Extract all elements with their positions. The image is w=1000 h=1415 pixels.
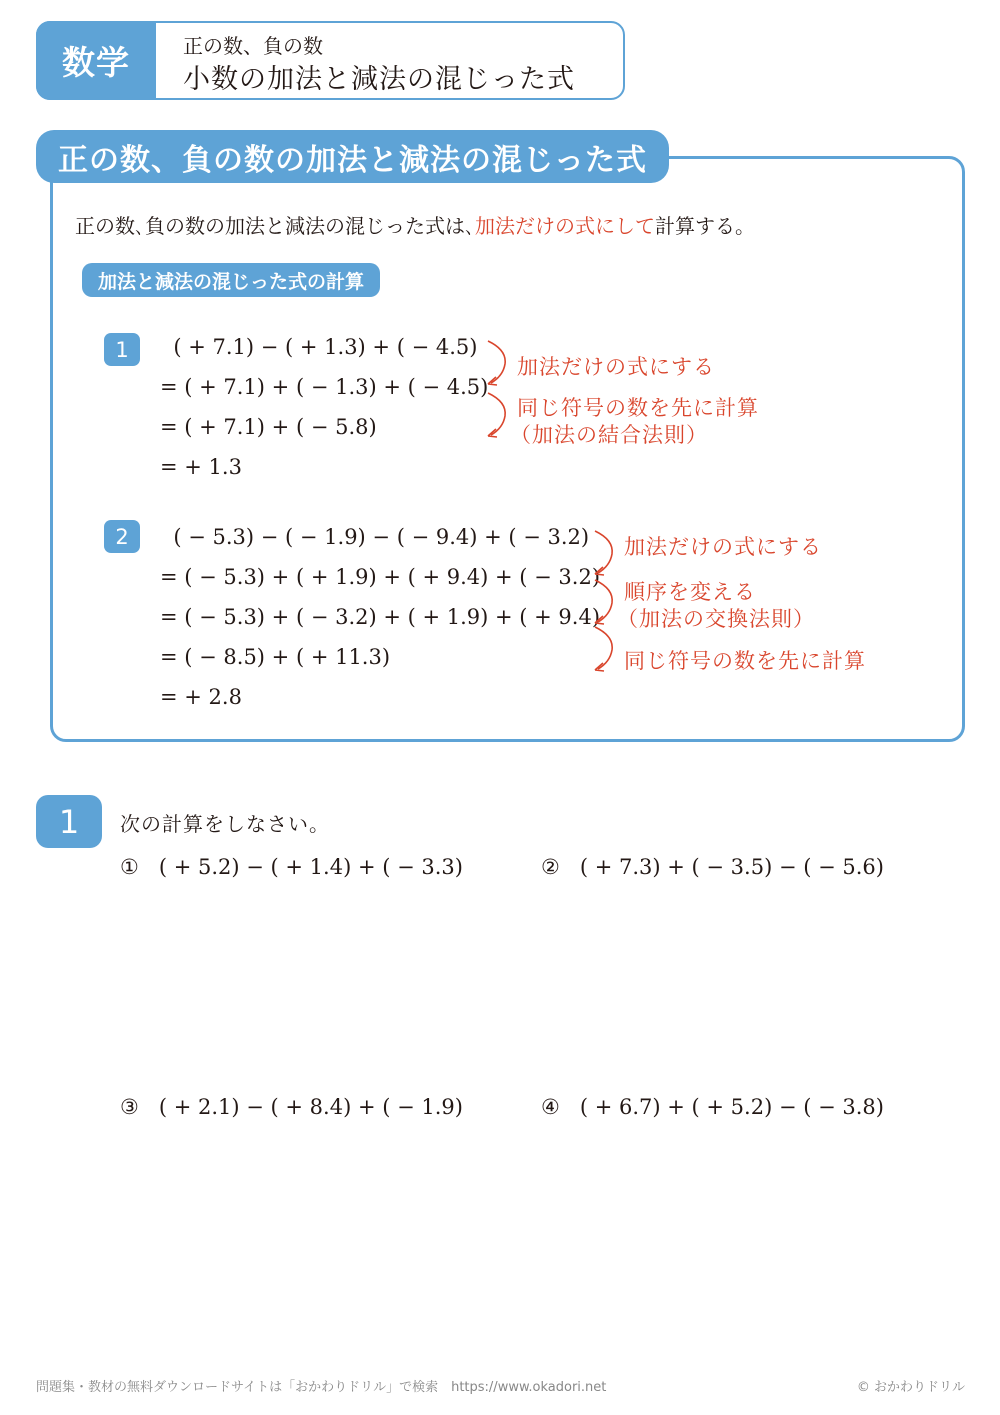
problem-4: ④ ( + 6.7) + ( + 5.2) − ( − 3.8) bbox=[541, 1095, 884, 1119]
example-2-line-2: = ( − 5.3) + ( + 1.9) + ( + 9.4) + ( − 3… bbox=[160, 565, 600, 589]
example-2-badge: 2 bbox=[104, 520, 140, 553]
rule-suffix: 計算する。 bbox=[655, 214, 755, 238]
problem-label: ① bbox=[120, 855, 139, 879]
example-1-note-1: 加法だけの式にする bbox=[517, 351, 715, 381]
problem-expression: ( + 6.7) + ( + 5.2) − ( − 3.8) bbox=[580, 1095, 884, 1119]
problem-expression: ( + 7.3) + ( − 3.5) − ( − 5.6) bbox=[580, 855, 884, 879]
problem-label: ③ bbox=[120, 1095, 139, 1119]
example-1-note-3: （加法の結合法則） bbox=[510, 419, 708, 449]
example-1-line-3: = ( + 7.1) + ( − 5.8) bbox=[160, 415, 377, 439]
problem-1: ① ( + 5.2) − ( + 1.4) + ( − 3.3) bbox=[120, 855, 463, 879]
example-2-note-3: （加法の交換法則） bbox=[617, 603, 815, 633]
problem-label: ② bbox=[541, 855, 560, 879]
problem-label: ④ bbox=[541, 1095, 560, 1119]
example-2-line-5: = + 2.8 bbox=[160, 685, 242, 709]
example-1-line-4: = + 1.3 bbox=[160, 455, 242, 479]
example-1-badge: 1 bbox=[104, 333, 140, 366]
problem-expression: ( + 2.1) − ( + 8.4) + ( − 1.9) bbox=[159, 1095, 463, 1119]
footer-site-info: 問題集・教材の無料ダウンロードサイトは「おかわりドリル」で検索 https://… bbox=[36, 1376, 606, 1395]
example-1-note-2: 同じ符号の数を先に計算 bbox=[517, 392, 759, 422]
example-1-line-2: = ( + 7.1) + ( − 1.3) + ( − 4.5) bbox=[160, 375, 488, 399]
page-title: 小数の加法と減法の混じった式 bbox=[183, 57, 575, 96]
exercise-instruction: 次の計算をしなさい。 bbox=[120, 808, 330, 837]
method-pill: 加法と減法の混じった式の計算 bbox=[82, 263, 380, 297]
problem-2: ② ( + 7.3) + ( − 3.5) − ( − 5.6) bbox=[541, 855, 884, 879]
example-2-note-1: 加法だけの式にする bbox=[624, 531, 822, 561]
example-1-line-1: ( + 7.1) − ( + 1.3) + ( − 4.5) bbox=[160, 335, 477, 359]
rule-prefix: 正の数､負の数の加法と減法の混じった式は､ bbox=[75, 214, 475, 238]
rule-highlight: 加法だけの式にして bbox=[475, 214, 655, 238]
example-2-line-1: ( − 5.3) − ( − 1.9) − ( − 9.4) + ( − 3.2… bbox=[160, 525, 589, 549]
example-2-note-2: 順序を変える bbox=[624, 576, 756, 606]
curved-arrow-icon bbox=[592, 528, 622, 673]
rule-text: 正の数､負の数の加法と減法の混じった式は､加法だけの式にして計算する。 bbox=[75, 210, 755, 239]
subject-badge: 数学 bbox=[36, 21, 156, 100]
example-2-line-4: = ( − 8.5) + ( + 11.3) bbox=[160, 645, 390, 669]
footer-copyright: © おかわりドリル bbox=[857, 1376, 965, 1395]
unit-name: 正の数、負の数 bbox=[183, 30, 323, 59]
exercise-number-badge: 1 bbox=[36, 795, 102, 848]
problem-3: ③ ( + 2.1) − ( + 8.4) + ( − 1.9) bbox=[120, 1095, 463, 1119]
example-2-note-4: 同じ符号の数を先に計算 bbox=[624, 645, 866, 675]
problem-expression: ( + 5.2) − ( + 1.4) + ( − 3.3) bbox=[159, 855, 463, 879]
example-2-line-3: = ( − 5.3) + ( − 3.2) + ( + 1.9) + ( + 9… bbox=[160, 605, 600, 629]
explanation-title: 正の数、負の数の加法と減法の混じった式 bbox=[36, 130, 669, 183]
